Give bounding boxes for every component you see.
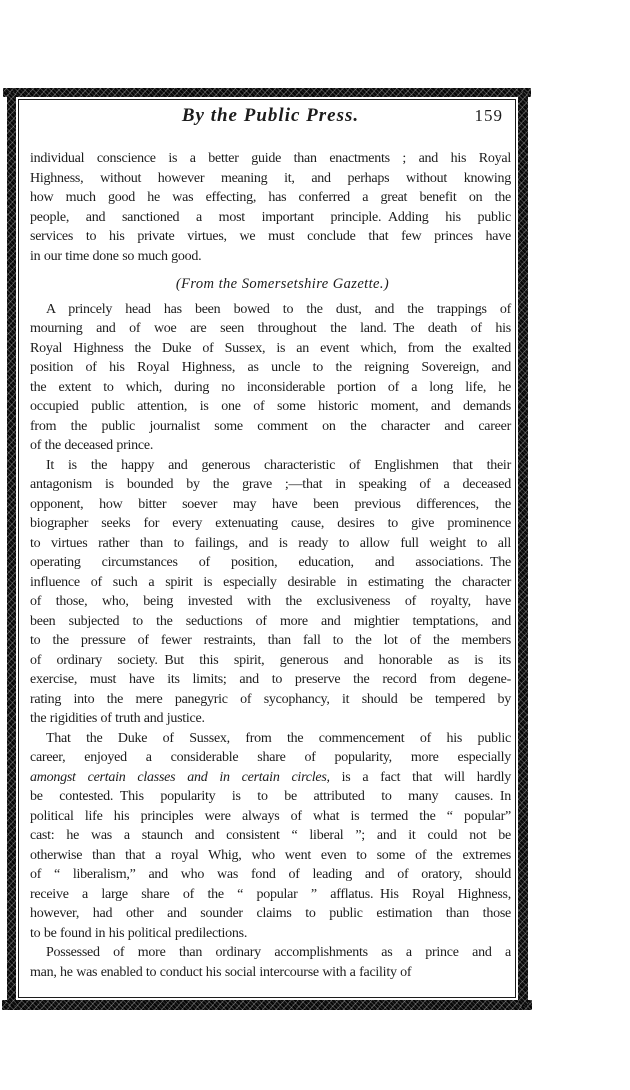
text-line: receive a large share of the “ popular ”… bbox=[30, 885, 511, 905]
text-line: antagonism is bounded by the grave ;—tha… bbox=[30, 475, 511, 495]
text-line: of those, who, being invested with the e… bbox=[30, 592, 511, 612]
text-line: occupied public attention, is one of som… bbox=[30, 397, 511, 417]
paragraph: That the Duke of Sussex, from the commen… bbox=[30, 729, 511, 944]
text-line: how much good he was effecting, has conf… bbox=[30, 188, 511, 208]
book-page: By the Public Press. 159 individual cons… bbox=[0, 0, 630, 1090]
paragraph: individual conscience is a better guide … bbox=[30, 149, 511, 266]
text-line: in our time done so much good. bbox=[30, 247, 511, 267]
text-line: position of his Royal Highness, as uncle… bbox=[30, 358, 511, 378]
text-line: to virtues rather than to failings, and … bbox=[30, 534, 511, 554]
frame-border-right bbox=[518, 92, 528, 1006]
text-line: of ordinary society. But this spirit, ge… bbox=[30, 651, 511, 671]
text-line: influence of such a spirit is especially… bbox=[30, 573, 511, 593]
running-title: By the Public Press. bbox=[182, 105, 359, 126]
italic-text-segment: amongst certain classes and in certain c… bbox=[30, 770, 330, 785]
text-line: career, enjoyed a considerable share of … bbox=[30, 748, 511, 768]
text-line: to be found in his political predilectio… bbox=[30, 924, 511, 944]
text-line: individual conscience is a better guide … bbox=[30, 149, 511, 169]
text-line: man, he was enabled to conduct his socia… bbox=[30, 963, 511, 983]
paragraph: A princely head has been bowed to the du… bbox=[30, 300, 511, 456]
text-line: otherwise than that a royal Whig, who we… bbox=[30, 846, 511, 866]
paragraph: Possessed of more than ordinary accompli… bbox=[30, 943, 511, 982]
decorative-border-frame: By the Public Press. 159 individual cons… bbox=[7, 88, 528, 1010]
text-line: Possessed of more than ordinary accompli… bbox=[30, 943, 511, 963]
frame-border-top bbox=[3, 88, 531, 97]
text-line: Royal Highness the Duke of Sussex, is an… bbox=[30, 339, 511, 359]
text-line: the extent to which, during no inconside… bbox=[30, 378, 511, 398]
text-line: opponent, how bitter soever may have bee… bbox=[30, 495, 511, 515]
text-line: cast: he was a staunch and consistent “ … bbox=[30, 826, 511, 846]
text-line: been subjected to the seductions of more… bbox=[30, 612, 511, 632]
running-head: By the Public Press. 159 bbox=[30, 105, 511, 131]
text-line: biographer seeks for every extenuating c… bbox=[30, 514, 511, 534]
paragraph: It is the happy and generous characteris… bbox=[30, 456, 511, 729]
text-line: be contested. This popularity is to be a… bbox=[30, 787, 511, 807]
page-content: By the Public Press. 159 individual cons… bbox=[30, 101, 511, 996]
text-line: services to his private virtues, we must… bbox=[30, 227, 511, 247]
frame-border-left bbox=[7, 92, 16, 1006]
text-line: from the public journalist some comment … bbox=[30, 417, 511, 437]
text-segment: is a fact that will hardly bbox=[330, 770, 511, 785]
text-line: A princely head has been bowed to the du… bbox=[30, 300, 511, 320]
frame-border-bottom bbox=[2, 1000, 532, 1010]
page-number: 159 bbox=[475, 106, 504, 126]
section-heading: (From the Somersetshire Gazette.) bbox=[54, 275, 511, 295]
text-line: It is the happy and generous characteris… bbox=[30, 456, 511, 476]
text-line: the rigidities of truth and justice. bbox=[30, 709, 511, 729]
text-line: That the Duke of Sussex, from the commen… bbox=[30, 729, 511, 749]
text-line: mourning and of woe are seen throughout … bbox=[30, 319, 511, 339]
text-line: political life his principles were alway… bbox=[30, 807, 511, 827]
text-line: amongst certain classes and in certain c… bbox=[30, 768, 511, 788]
text-line: to the pressure of fewer restraints, tha… bbox=[30, 631, 511, 651]
text-line: however, had other and sounder claims to… bbox=[30, 904, 511, 924]
body-text: individual conscience is a better guide … bbox=[30, 149, 511, 982]
text-line: of the deceased prince. bbox=[30, 436, 511, 456]
text-line: operating circumstances of position, edu… bbox=[30, 553, 511, 573]
text-line: rating into the mere panegyric of sycoph… bbox=[30, 690, 511, 710]
text-line: of “ liberalism,” and who was fond of le… bbox=[30, 865, 511, 885]
text-line: exercise, must have its limits; and to p… bbox=[30, 670, 511, 690]
text-line: Highness, without however meaning it, an… bbox=[30, 169, 511, 189]
text-line: people, and sanctioned a most important … bbox=[30, 208, 511, 228]
